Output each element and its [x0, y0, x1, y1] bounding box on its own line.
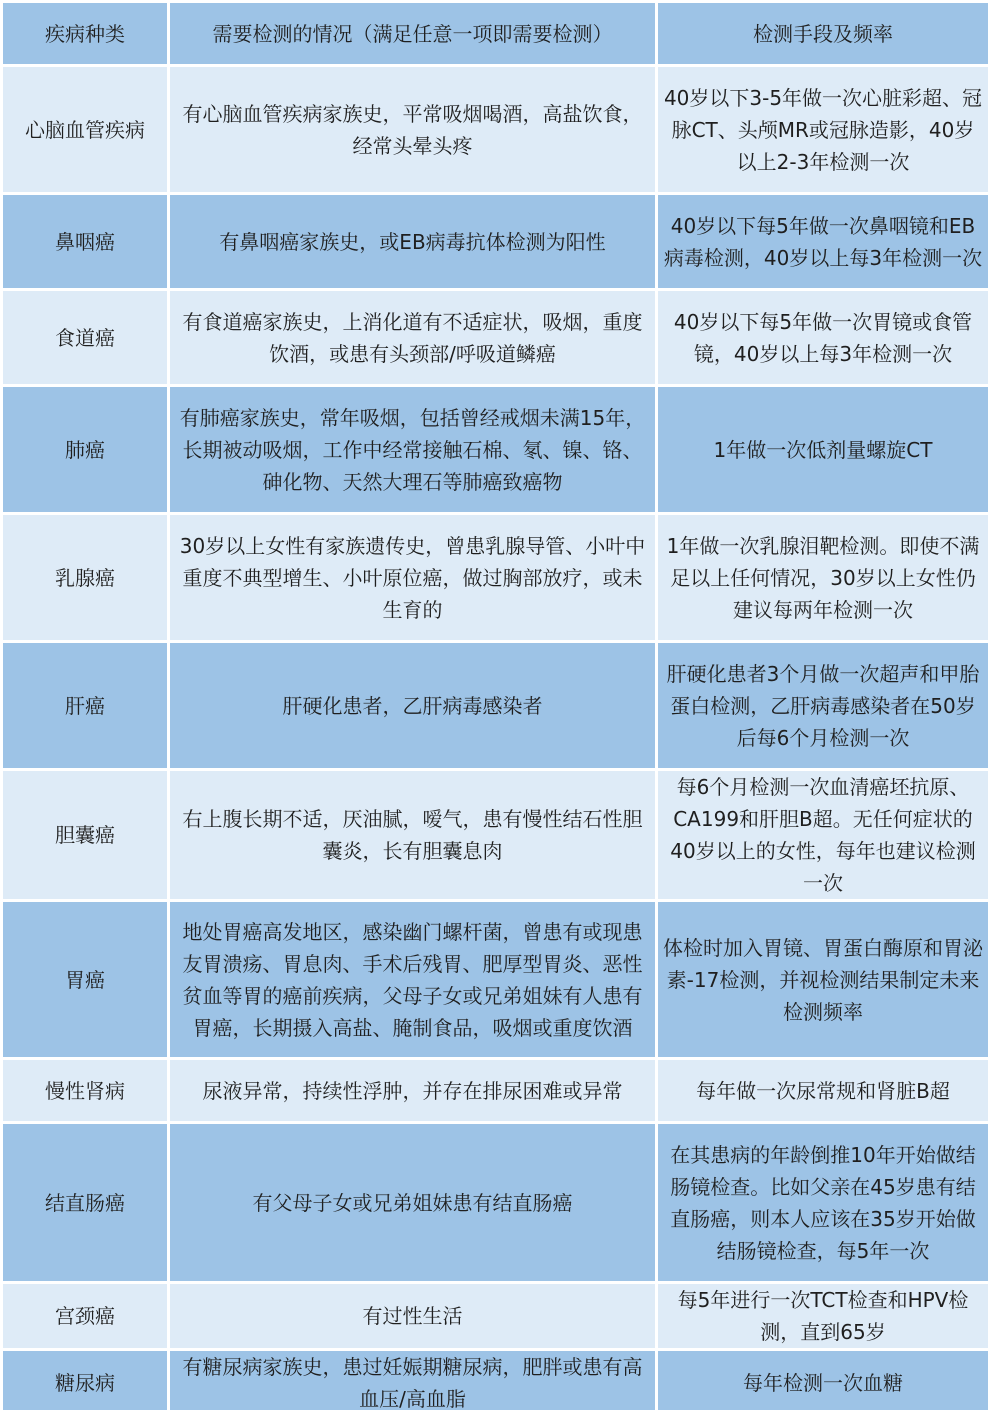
cell-disease: 慢性肾病 [2, 1059, 169, 1123]
cell-disease: 胆囊癌 [2, 770, 169, 901]
cell-condition: 尿液异常，持续性浮肿，并存在排尿困难或异常 [169, 1059, 657, 1123]
screening-table: 疾病种类 需要检测的情况（满足任意一项即需要检测） 检测手段及频率 心脑血管疾病… [0, 0, 988, 1410]
cell-condition: 地处胃癌高发地区，感染幽门螺杆菌，曾患有或现患友胃溃疡、胃息肉、手术后残胃、肥厚… [169, 901, 657, 1059]
cell-method: 40岁以下每5年做一次鼻咽镜和EB病毒检测，40岁以上每3年检测一次 [657, 194, 988, 290]
cell-disease: 宫颈癌 [2, 1283, 169, 1350]
cell-method: 每5年进行一次TCT检查和HPV检测，直到65岁 [657, 1283, 988, 1350]
cell-condition: 有食道癌家族史，上消化道有不适症状，吸烟，重度饮酒，或患有头颈部/呼吸道鳞癌 [169, 290, 657, 386]
cell-method: 每6个月检测一次血清癌坯抗原、CA199和肝胆B超。无任何症状的40岁以上的女性… [657, 770, 988, 901]
cell-disease: 结直肠癌 [2, 1123, 169, 1283]
cell-condition: 有心脑血管疾病家族史，平常吸烟喝酒，高盐饮食，经常头晕头疼 [169, 66, 657, 194]
cell-disease: 胃癌 [2, 901, 169, 1059]
cell-disease: 糖尿病 [2, 1350, 169, 1410]
cell-condition: 30岁以上女性有家族遗传史，曾患乳腺导管、小叶中重度不典型增生、小叶原位癌，做过… [169, 514, 657, 642]
header-row: 疾病种类 需要检测的情况（满足任意一项即需要检测） 检测手段及频率 [2, 2, 988, 66]
cell-method: 1年做一次乳腺泪靶检测。即使不满足以上任何情况，30岁以上女性仍建议每两年检测一… [657, 514, 988, 642]
table-row: 食道癌有食道癌家族史，上消化道有不适症状，吸烟，重度饮酒，或患有头颈部/呼吸道鳞… [2, 290, 988, 386]
cell-method: 在其患病的年龄倒推10年开始做结肠镜检查。比如父亲在45岁患有结直肠癌，则本人应… [657, 1123, 988, 1283]
cell-condition: 右上腹长期不适，厌油腻，嗳气，患有慢性结石性胆囊炎，长有胆囊息肉 [169, 770, 657, 901]
cell-condition: 有糖尿病家族史，患过妊娠期糖尿病，肥胖或患有高血压/高血脂 [169, 1350, 657, 1410]
cell-disease: 心脑血管疾病 [2, 66, 169, 194]
cell-method: 1年做一次低剂量螺旋CT [657, 386, 988, 514]
table-row: 胃癌地处胃癌高发地区，感染幽门螺杆菌，曾患有或现患友胃溃疡、胃息肉、手术后残胃、… [2, 901, 988, 1059]
header-method: 检测手段及频率 [657, 2, 988, 66]
cell-method: 每年检测一次血糖 [657, 1350, 988, 1410]
table-row: 糖尿病有糖尿病家族史，患过妊娠期糖尿病，肥胖或患有高血压/高血脂每年检测一次血糖 [2, 1350, 988, 1410]
cell-disease: 肝癌 [2, 642, 169, 770]
table-row: 结直肠癌有父母子女或兄弟姐妹患有结直肠癌在其患病的年龄倒推10年开始做结肠镜检查… [2, 1123, 988, 1283]
cell-method: 40岁以下3-5年做一次心脏彩超、冠脉CT、头颅MR或冠脉造影，40岁以上2-3… [657, 66, 988, 194]
header-disease: 疾病种类 [2, 2, 169, 66]
table-row: 心脑血管疾病有心脑血管疾病家族史，平常吸烟喝酒，高盐饮食，经常头晕头疼40岁以下… [2, 66, 988, 194]
cell-disease: 乳腺癌 [2, 514, 169, 642]
table-row: 肺癌有肺癌家族史，常年吸烟，包括曾经戒烟未满15年，长期被动吸烟，工作中经常接触… [2, 386, 988, 514]
cell-method: 体检时加入胃镜、胃蛋白酶原和胃泌素-17检测，并视检测结果制定未来检测频率 [657, 901, 988, 1059]
header-condition: 需要检测的情况（满足任意一项即需要检测） [169, 2, 657, 66]
cell-condition: 有父母子女或兄弟姐妹患有结直肠癌 [169, 1123, 657, 1283]
cell-disease: 鼻咽癌 [2, 194, 169, 290]
cell-disease: 食道癌 [2, 290, 169, 386]
table-row: 乳腺癌30岁以上女性有家族遗传史，曾患乳腺导管、小叶中重度不典型增生、小叶原位癌… [2, 514, 988, 642]
cell-condition: 有过性生活 [169, 1283, 657, 1350]
table-row: 宫颈癌有过性生活每5年进行一次TCT检查和HPV检测，直到65岁 [2, 1283, 988, 1350]
cell-method: 40岁以下每5年做一次胃镜或食管镜，40岁以上每3年检测一次 [657, 290, 988, 386]
table-row: 慢性肾病尿液异常，持续性浮肿，并存在排尿困难或异常每年做一次尿常规和肾脏B超 [2, 1059, 988, 1123]
cell-condition: 肝硬化患者，乙肝病毒感染者 [169, 642, 657, 770]
table-row: 肝癌肝硬化患者，乙肝病毒感染者肝硬化患者3个月做一次超声和甲胎蛋白检测，乙肝病毒… [2, 642, 988, 770]
cell-disease: 肺癌 [2, 386, 169, 514]
table-row: 鼻咽癌有鼻咽癌家族史，或EB病毒抗体检测为阳性40岁以下每5年做一次鼻咽镜和EB… [2, 194, 988, 290]
cell-method: 每年做一次尿常规和肾脏B超 [657, 1059, 988, 1123]
cell-condition: 有鼻咽癌家族史，或EB病毒抗体检测为阳性 [169, 194, 657, 290]
cell-method: 肝硬化患者3个月做一次超声和甲胎蛋白检测，乙肝病毒感染者在50岁后每6个月检测一… [657, 642, 988, 770]
table-row: 胆囊癌右上腹长期不适，厌油腻，嗳气，患有慢性结石性胆囊炎，长有胆囊息肉每6个月检… [2, 770, 988, 901]
cell-condition: 有肺癌家族史，常年吸烟，包括曾经戒烟未满15年，长期被动吸烟，工作中经常接触石棉… [169, 386, 657, 514]
